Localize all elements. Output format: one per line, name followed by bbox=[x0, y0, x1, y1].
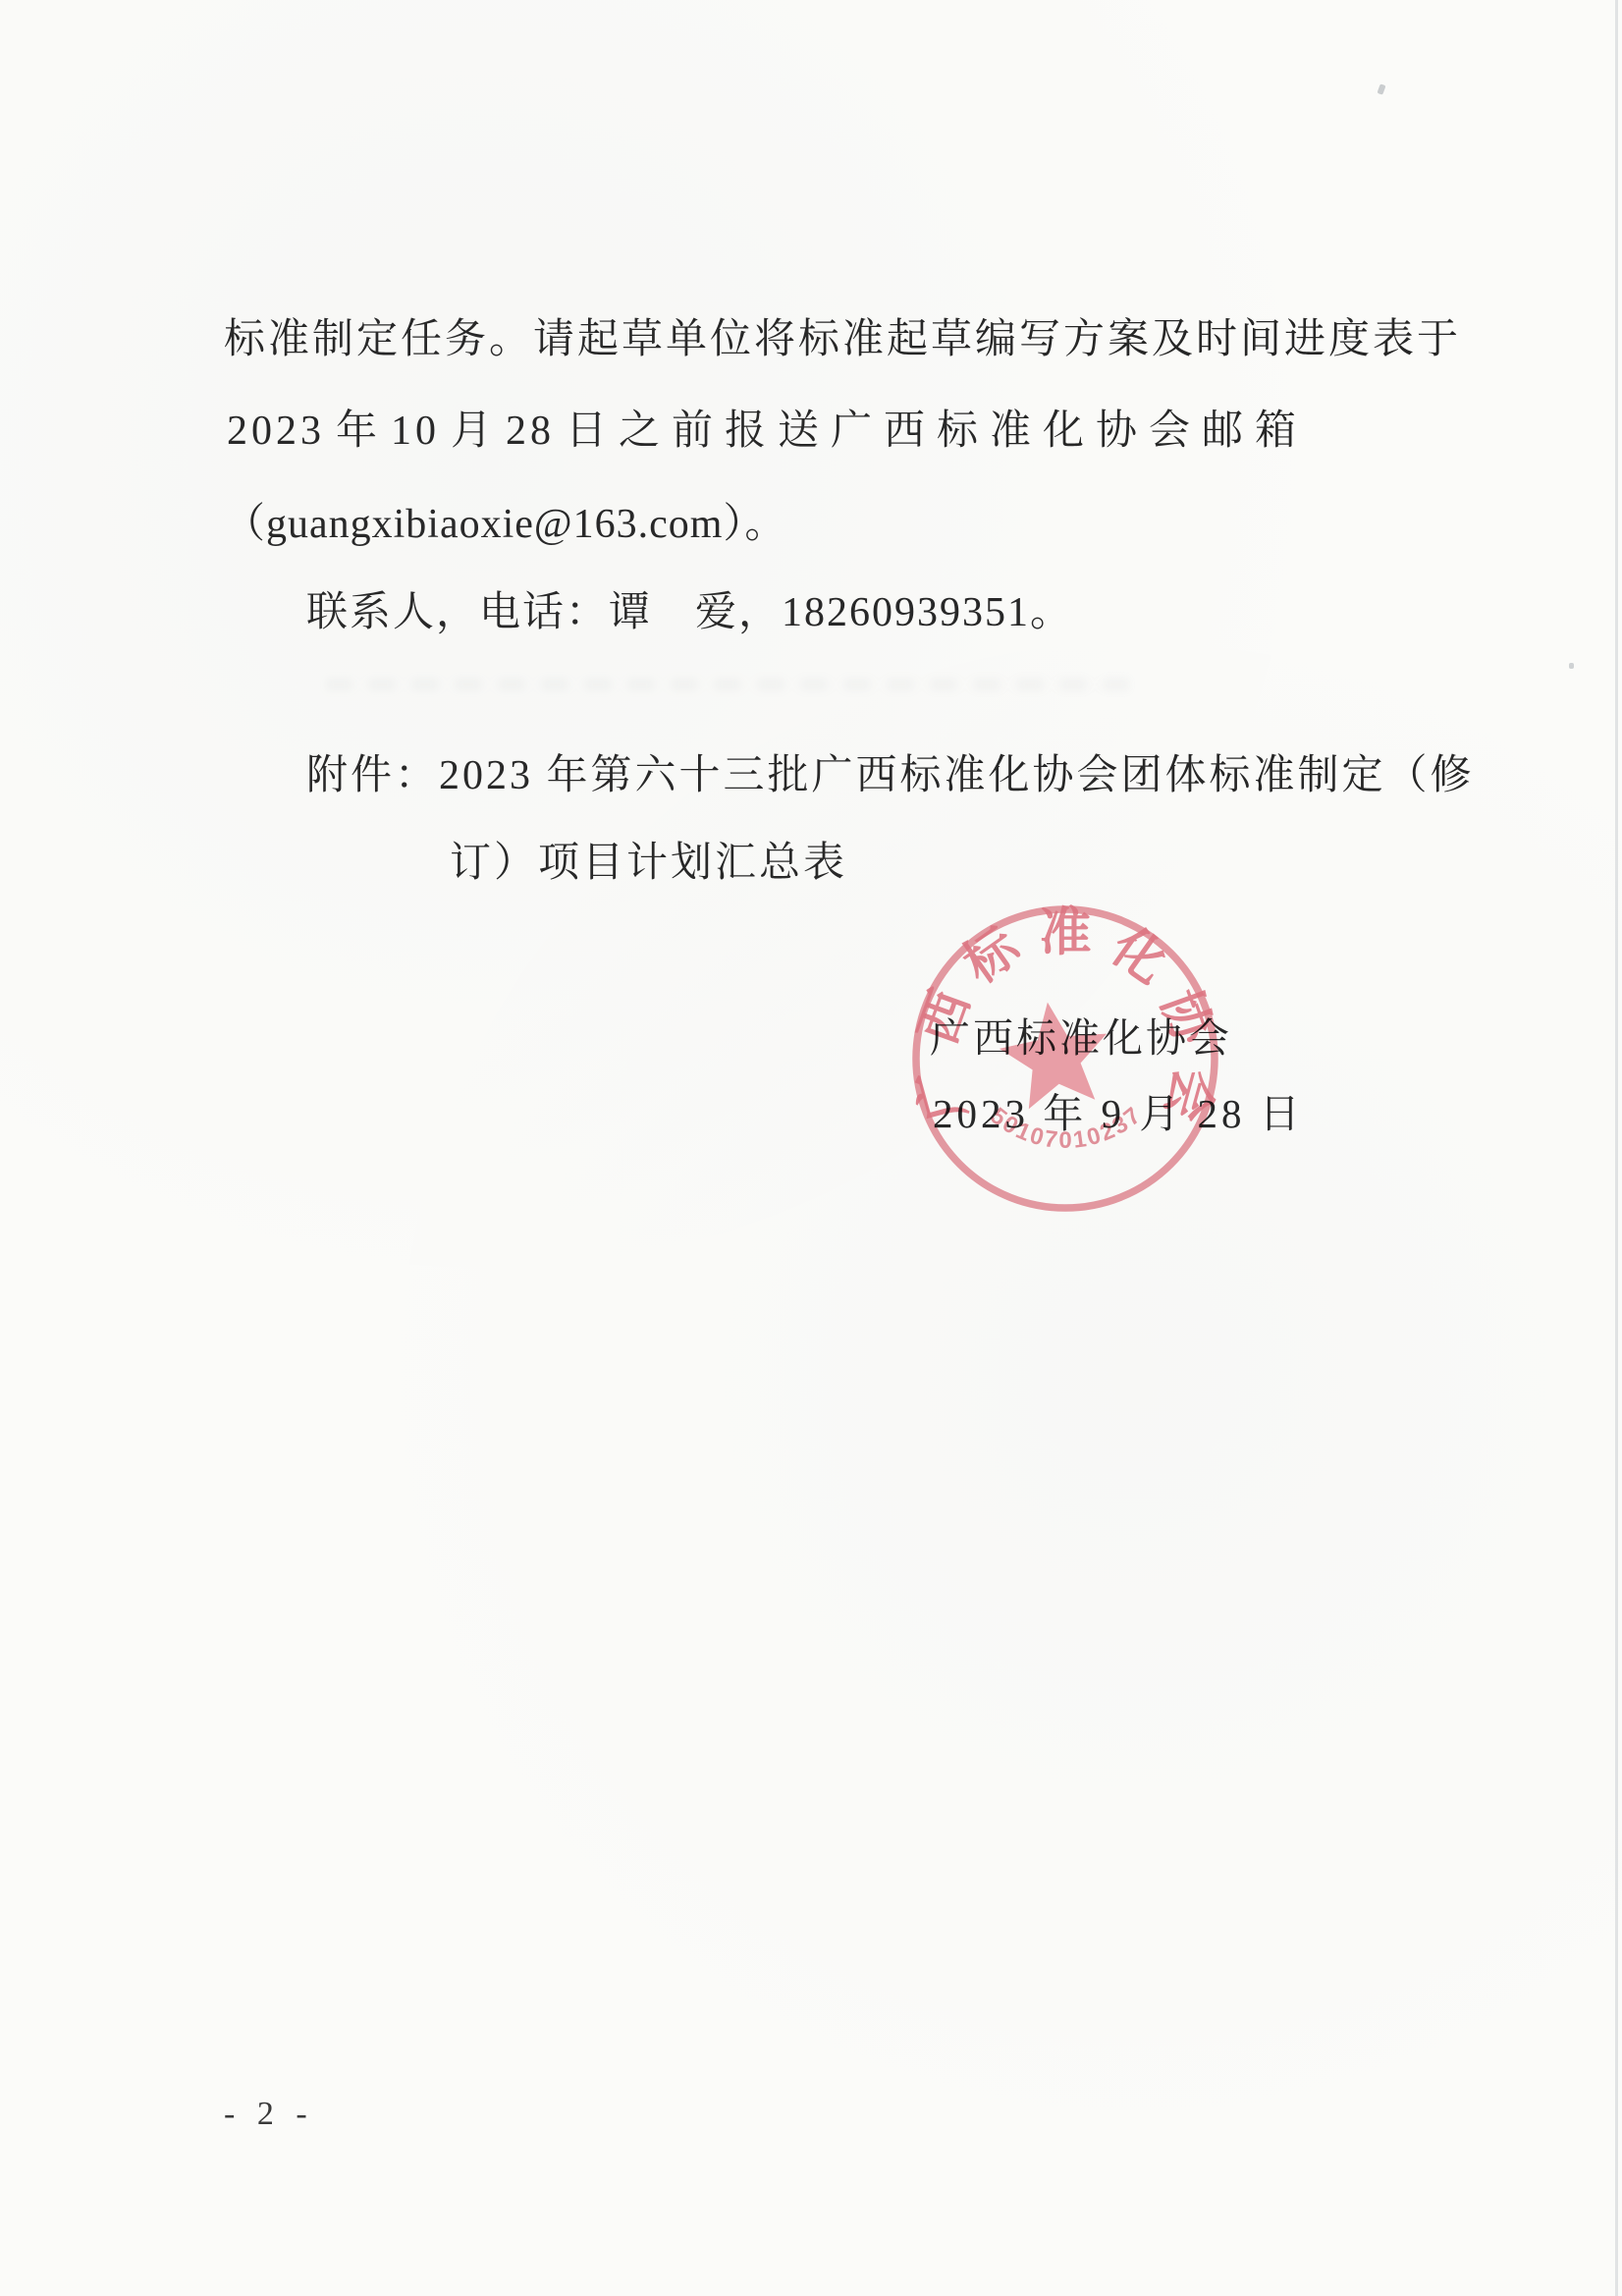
scan-speck bbox=[1377, 83, 1385, 94]
scan-speck bbox=[1569, 663, 1574, 669]
scan-edge-line bbox=[1615, 0, 1618, 2296]
attachment-line-2: 订）项目计划汇总表 bbox=[450, 840, 847, 889]
month-unit: 月 bbox=[451, 409, 492, 454]
day-number: 28 bbox=[506, 409, 555, 454]
bleedthrough-artifact bbox=[326, 678, 1129, 691]
document-page: 标准制定任务。请起草单位将标准起草编写方案及时间进度表于 2023年10月28日… bbox=[0, 0, 1622, 2296]
seal-arc-text: 广西标准化协会 bbox=[907, 903, 1224, 1127]
email-line: （guangxibiaoxie@163.com）。 bbox=[224, 501, 786, 550]
contact-line: 联系人，电话：谭 爱，18260939351。 bbox=[306, 589, 1073, 638]
seal-star-icon bbox=[1000, 1003, 1107, 1110]
body-line-1: 标准制定任务。请起草单位将标准起草编写方案及时间进度表于 bbox=[224, 316, 1461, 365]
year-unit: 年 bbox=[336, 409, 377, 454]
attachment-line-1: 附件：2023 年第六十三批广西标准化协会团体标准制定（修 bbox=[306, 752, 1475, 801]
body-line-2: 2023年10月28日之前报送广西标准化协会邮箱 bbox=[224, 408, 1308, 457]
official-seal: 广西标准化协会 4501070102377 bbox=[905, 899, 1225, 1219]
year-number: 2023 bbox=[227, 409, 325, 454]
line2-rest: 日之前报送广西标准化协会邮箱 bbox=[566, 409, 1308, 454]
month-number: 10 bbox=[391, 409, 440, 454]
page-number: - 2 - bbox=[224, 2095, 314, 2134]
